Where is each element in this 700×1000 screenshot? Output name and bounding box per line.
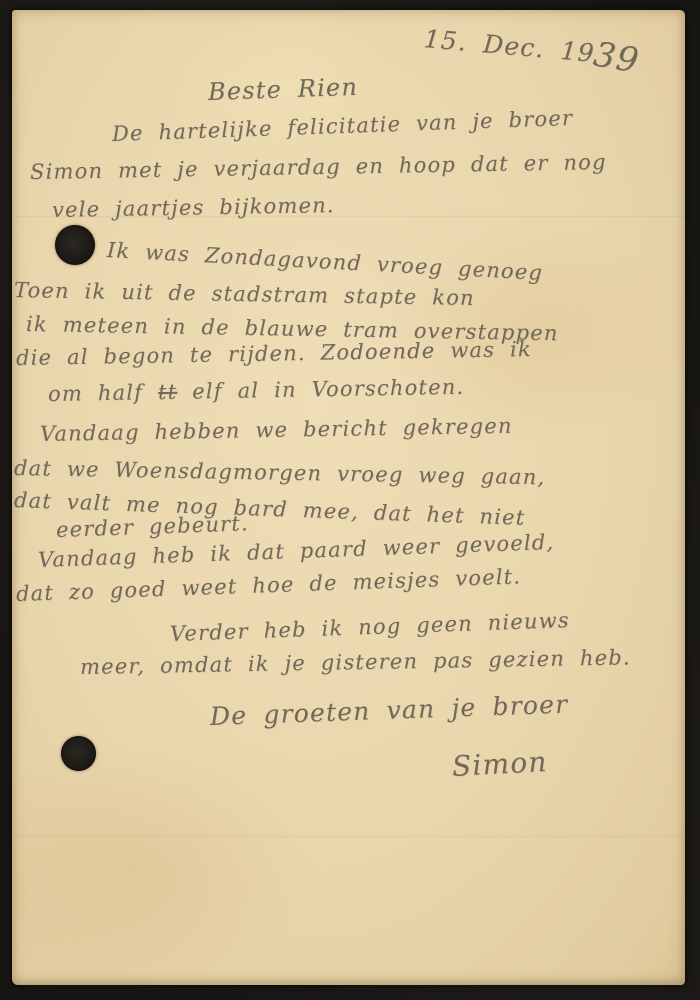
body-line: meer, omdat ik je gisteren pas gezien he… xyxy=(80,645,631,679)
body-line: die al begon te rijden. Zodoende was ik xyxy=(16,337,532,370)
body-line: dat zo goed weet hoe de meisjes voelt. xyxy=(16,564,522,606)
scan-background: 15. Dec. 1939Beste RienDe hartelijke fel… xyxy=(0,0,700,1000)
punch-hole-bottom xyxy=(61,736,96,771)
body-line: Toen ik uit de stadstram stapte kon xyxy=(14,278,475,310)
body-line: Vandaag hebben we bericht gekregen xyxy=(40,414,513,446)
body-line: De hartelijke felicitatie van je broer xyxy=(112,106,574,146)
salutation-line: Beste Rien xyxy=(208,73,359,106)
date-overwrite: 39 xyxy=(591,34,643,81)
signature-line: Simon xyxy=(451,745,548,783)
body-line: Ik was Zondagavond vroeg genoeg xyxy=(106,238,543,285)
body-line: om half tt elf al in Voorschoten. xyxy=(48,375,465,406)
closing-line: De groeten van je broer xyxy=(209,690,568,731)
body-line: eerder gebeurt. xyxy=(56,511,250,542)
paper-crease xyxy=(12,835,685,838)
body-line: Verder heb ik nog geen nieuws xyxy=(170,608,571,646)
struck-word: tt xyxy=(158,380,178,404)
body-line: vele jaartjes bijkomen. xyxy=(52,193,335,222)
body-line: Simon met je verjaardag en hoop dat er n… xyxy=(30,150,607,184)
body-line: dat we Woensdagmorgen vroeg weg gaan, xyxy=(14,456,546,489)
date-line: 15. Dec. 19 xyxy=(423,24,596,68)
punch-hole-top xyxy=(55,225,95,265)
letter-page: 15. Dec. 1939Beste RienDe hartelijke fel… xyxy=(12,10,685,985)
